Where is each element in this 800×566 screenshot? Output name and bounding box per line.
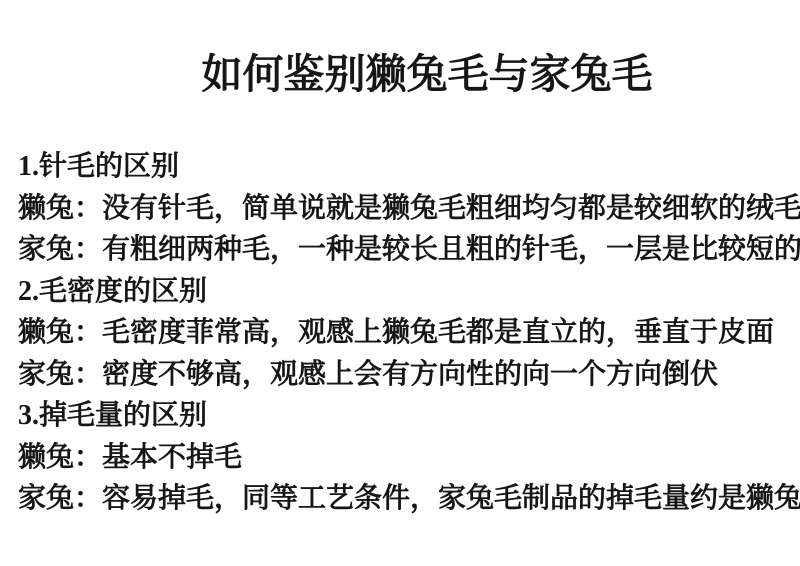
section-shedding-heading: 3.掉毛量的区别 xyxy=(18,395,784,437)
section-fur-density-heading: 2.毛密度的区别 xyxy=(18,271,784,313)
section-shedding-domestic-rabbit-line: 家兔：容易掉毛，同等工艺条件，家兔毛制品的掉毛量约是獭兔毛的3倍 xyxy=(18,478,784,520)
section-guard-hair-heading: 1.针毛的区别 xyxy=(18,146,784,188)
page-title: 如何鉴别獭兔毛与家兔毛 xyxy=(0,0,800,98)
section-guard-hair: 1.针毛的区别 獭兔：没有针毛，简单说就是獭兔毛粗细均匀都是较细软的绒毛 家兔：… xyxy=(18,146,784,271)
section-guard-hair-rex-rabbit-line: 獭兔：没有针毛，简单说就是獭兔毛粗细均匀都是较细软的绒毛 xyxy=(18,188,784,230)
section-shedding-rex-rabbit-line: 獭兔：基本不掉毛 xyxy=(18,437,784,479)
document: 如何鉴别獭兔毛与家兔毛 1.针毛的区别 獭兔：没有针毛，简单说就是獭兔毛粗细均匀… xyxy=(0,0,800,566)
section-shedding: 3.掉毛量的区别 獭兔：基本不掉毛 家兔：容易掉毛，同等工艺条件，家兔毛制品的掉… xyxy=(18,395,784,520)
section-guard-hair-domestic-rabbit-line: 家兔：有粗细两种毛，一种是较长且粗的针毛，一层是比较短的绒毛 xyxy=(18,229,784,271)
document-body: 1.针毛的区别 獭兔：没有针毛，简单说就是獭兔毛粗细均匀都是较细软的绒毛 家兔：… xyxy=(0,146,800,520)
section-fur-density: 2.毛密度的区别 獭兔：毛密度菲常高，观感上獭兔毛都是直立的，垂直于皮面 家兔：… xyxy=(18,271,784,396)
section-fur-density-rex-rabbit-line: 獭兔：毛密度菲常高，观感上獭兔毛都是直立的，垂直于皮面 xyxy=(18,312,784,354)
section-fur-density-domestic-rabbit-line: 家兔：密度不够高，观感上会有方向性的向一个方向倒伏 xyxy=(18,354,784,396)
